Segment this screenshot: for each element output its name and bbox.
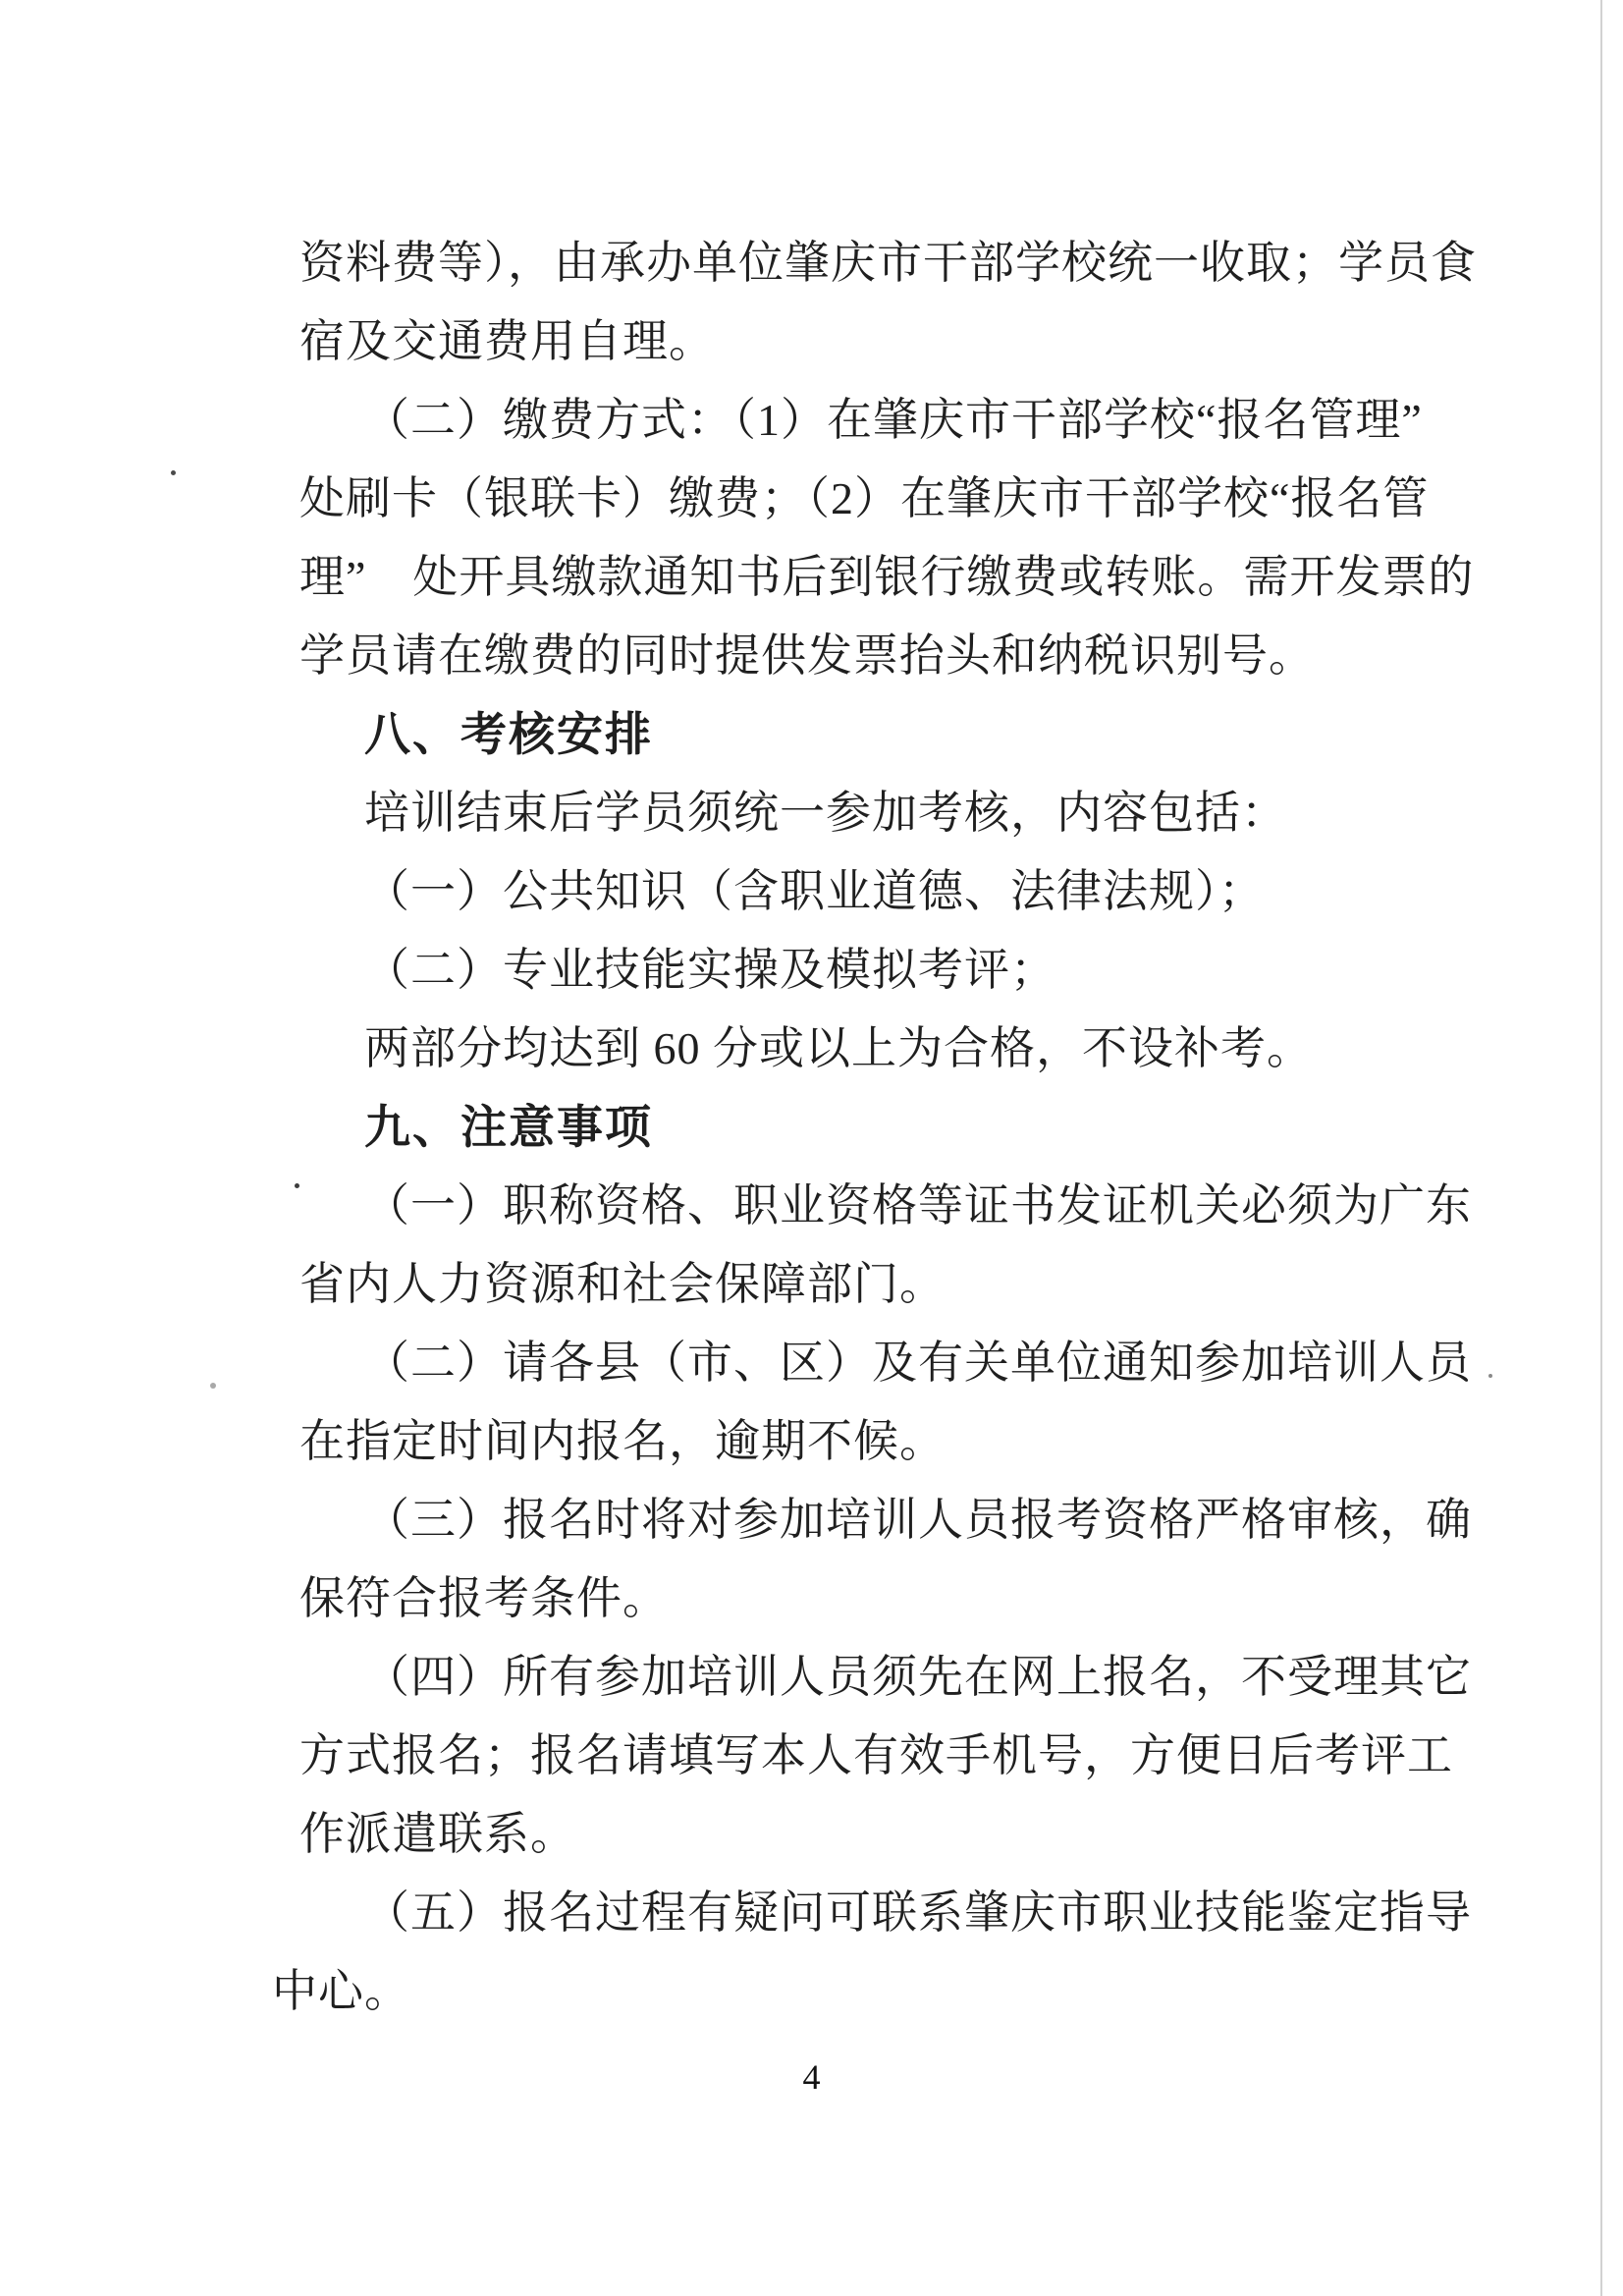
text-line: 作派遣联系。 (299, 1795, 1384, 1874)
text-line: （四）所有参加培训人员须先在网上报名，不受理其它 (299, 1638, 1384, 1717)
paragraph: （一）职称资格、职业资格等证书发证机关必须为广东省内人力资源和社会保障部门。 (299, 1167, 1384, 1324)
text-line: 学员请在缴费的同时提供发票抬头和纳税识别号。 (299, 617, 1384, 695)
text-line: （二）请各县（市、区）及有关单位通知参加培训人员 (299, 1324, 1384, 1402)
paragraph: 资料费等），由承办单位肇庆市干部学校统一收取；学员食宿及交通费用自理。 (299, 224, 1384, 381)
text-line: （五）报名过程有疑问可联系肇庆市职业技能鉴定指导 (299, 1874, 1384, 1952)
scan-speck (295, 1183, 299, 1188)
text-line: 中心。 (272, 1952, 1384, 2031)
document-page: 资料费等），由承办单位肇庆市干部学校统一收取；学员食宿及交通费用自理。（二）缴费… (0, 0, 1623, 2296)
scan-artifact-vertical-line (1600, 0, 1602, 2296)
paragraph: （一）公共知识（含职业道德、法律法规）； (299, 852, 1384, 931)
scan-speck (210, 1383, 216, 1389)
text-line: （二）缴费方式：（1）在肇庆市干部学校“报名管理” (299, 381, 1384, 460)
paragraph: （四）所有参加培训人员须先在网上报名，不受理其它方式报名；报名请填写本人有效手机… (299, 1638, 1384, 1874)
text-line: （三）报名时将对参加培训人员报考资格严格审核，确 (299, 1481, 1384, 1559)
text-line: （二）专业技能实操及模拟考评； (299, 931, 1384, 1010)
text-line: 八、考核安排 (299, 695, 1384, 774)
paragraph: （三）报名时将对参加培训人员报考资格严格审核，确保符合报考条件。 (299, 1481, 1384, 1638)
page-number: 4 (0, 2056, 1623, 2098)
paragraph: 两部分均达到 60 分或以上为合格，不设补考。 (299, 1010, 1384, 1088)
document-content: 资料费等），由承办单位肇庆市干部学校统一收取；学员食宿及交通费用自理。（二）缴费… (299, 224, 1384, 2031)
text-line: 培训结束后学员须统一参加考核，内容包括： (299, 774, 1384, 852)
text-line: 九、注意事项 (299, 1088, 1384, 1167)
text-line: 保符合报考条件。 (299, 1559, 1384, 1638)
text-line: （一）公共知识（含职业道德、法律法规）； (299, 852, 1384, 931)
text-line: 资料费等），由承办单位肇庆市干部学校统一收取；学员食 (299, 224, 1384, 302)
paragraph: （二）请各县（市、区）及有关单位通知参加培训人员在指定时间内报名，逾期不候。 (299, 1324, 1384, 1481)
section-heading: 八、考核安排 (299, 695, 1384, 774)
paragraph: 培训结束后学员须统一参加考核，内容包括： (299, 774, 1384, 852)
scan-speck (171, 470, 176, 475)
text-line: （一）职称资格、职业资格等证书发证机关必须为广东 (299, 1167, 1384, 1245)
text-line: 在指定时间内报名，逾期不候。 (299, 1402, 1384, 1481)
text-line: 省内人力资源和社会保障部门。 (299, 1245, 1384, 1324)
paragraph: （二）专业技能实操及模拟考评； (299, 931, 1384, 1010)
text-line: 两部分均达到 60 分或以上为合格，不设补考。 (299, 1010, 1384, 1088)
text-line: 方式报名；报名请填写本人有效手机号，方便日后考评工 (299, 1717, 1384, 1795)
section-heading: 九、注意事项 (299, 1088, 1384, 1167)
paragraph: （二）缴费方式：（1）在肇庆市干部学校“报名管理”处刷卡（银联卡）缴费；（2）在… (299, 381, 1384, 695)
text-line: 理” 处开具缴款通知书后到银行缴费或转账。需开发票的 (299, 538, 1384, 617)
scan-speck (1488, 1374, 1492, 1378)
paragraph: （五）报名过程有疑问可联系肇庆市职业技能鉴定指导中心。 (299, 1874, 1384, 2031)
text-line: 宿及交通费用自理。 (299, 302, 1384, 381)
text-line: 处刷卡（银联卡）缴费；（2）在肇庆市干部学校“报名管 (299, 460, 1384, 538)
